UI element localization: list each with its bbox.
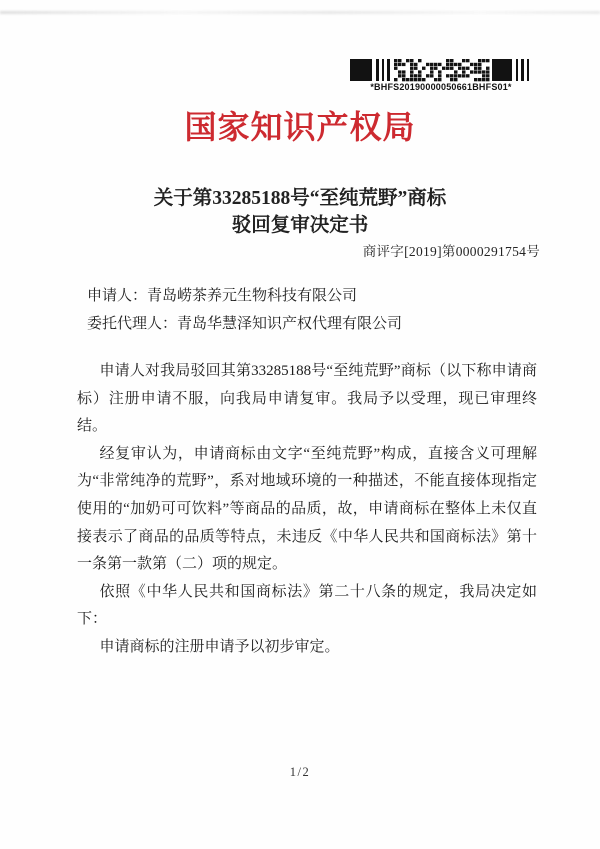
decision-body: 申请人对我局驳回其第33285188号“至纯荒野”商标（以下称申请商标）注册申请…	[77, 358, 537, 662]
barcode-text: *BHFS20190000050661BHFS01*	[350, 82, 532, 93]
applicant-value: 青岛崂茶养元生物科技有限公司	[147, 288, 357, 304]
agent-line: 委托代理人：青岛华慧泽知识产权代理有限公司	[87, 310, 402, 338]
agency-title: 国家知识产权局	[0, 102, 600, 148]
document-title-line1: 关于第33285188号“至纯荒野”商标	[0, 186, 600, 213]
scan-artifact-line	[0, 11, 600, 14]
agent-value: 青岛华慧泽知识产权代理有限公司	[177, 316, 402, 332]
applicant-label: 申请人：	[87, 288, 147, 304]
document-title: 关于第33285188号“至纯荒野”商标 驳回复审决定书	[0, 186, 600, 239]
page-number: 1/2	[0, 765, 600, 780]
scanned-document-page: *BHFS20190000050661BHFS01* 国家知识产权局 关于第33…	[0, 0, 600, 849]
parties-block: 申请人：青岛崂茶养元生物科技有限公司 委托代理人：青岛华慧泽知识产权代理有限公司	[87, 282, 402, 338]
barcode-graphic	[350, 58, 532, 82]
document-title-line2: 驳回复审决定书	[0, 213, 600, 240]
barcode-block: *BHFS20190000050661BHFS01*	[350, 58, 532, 93]
body-paragraph: 申请人对我局驳回其第33285188号“至纯荒野”商标（以下称申请商标）注册申请…	[77, 358, 537, 441]
document-number: 商评字[2019]第0000291754号	[363, 240, 540, 260]
applicant-line: 申请人：青岛崂茶养元生物科技有限公司	[87, 282, 402, 310]
body-paragraph: 依照《中华人民共和国商标法》第二十八条的规定，我局决定如下：	[77, 579, 537, 634]
body-paragraph: 经复审认为，申请商标由文字“至纯荒野”构成，直接含义可理解为“非常纯净的荒野”，…	[77, 441, 537, 579]
body-paragraph: 申请商标的注册申请予以初步审定。	[77, 634, 537, 662]
agent-label: 委托代理人：	[87, 316, 177, 332]
